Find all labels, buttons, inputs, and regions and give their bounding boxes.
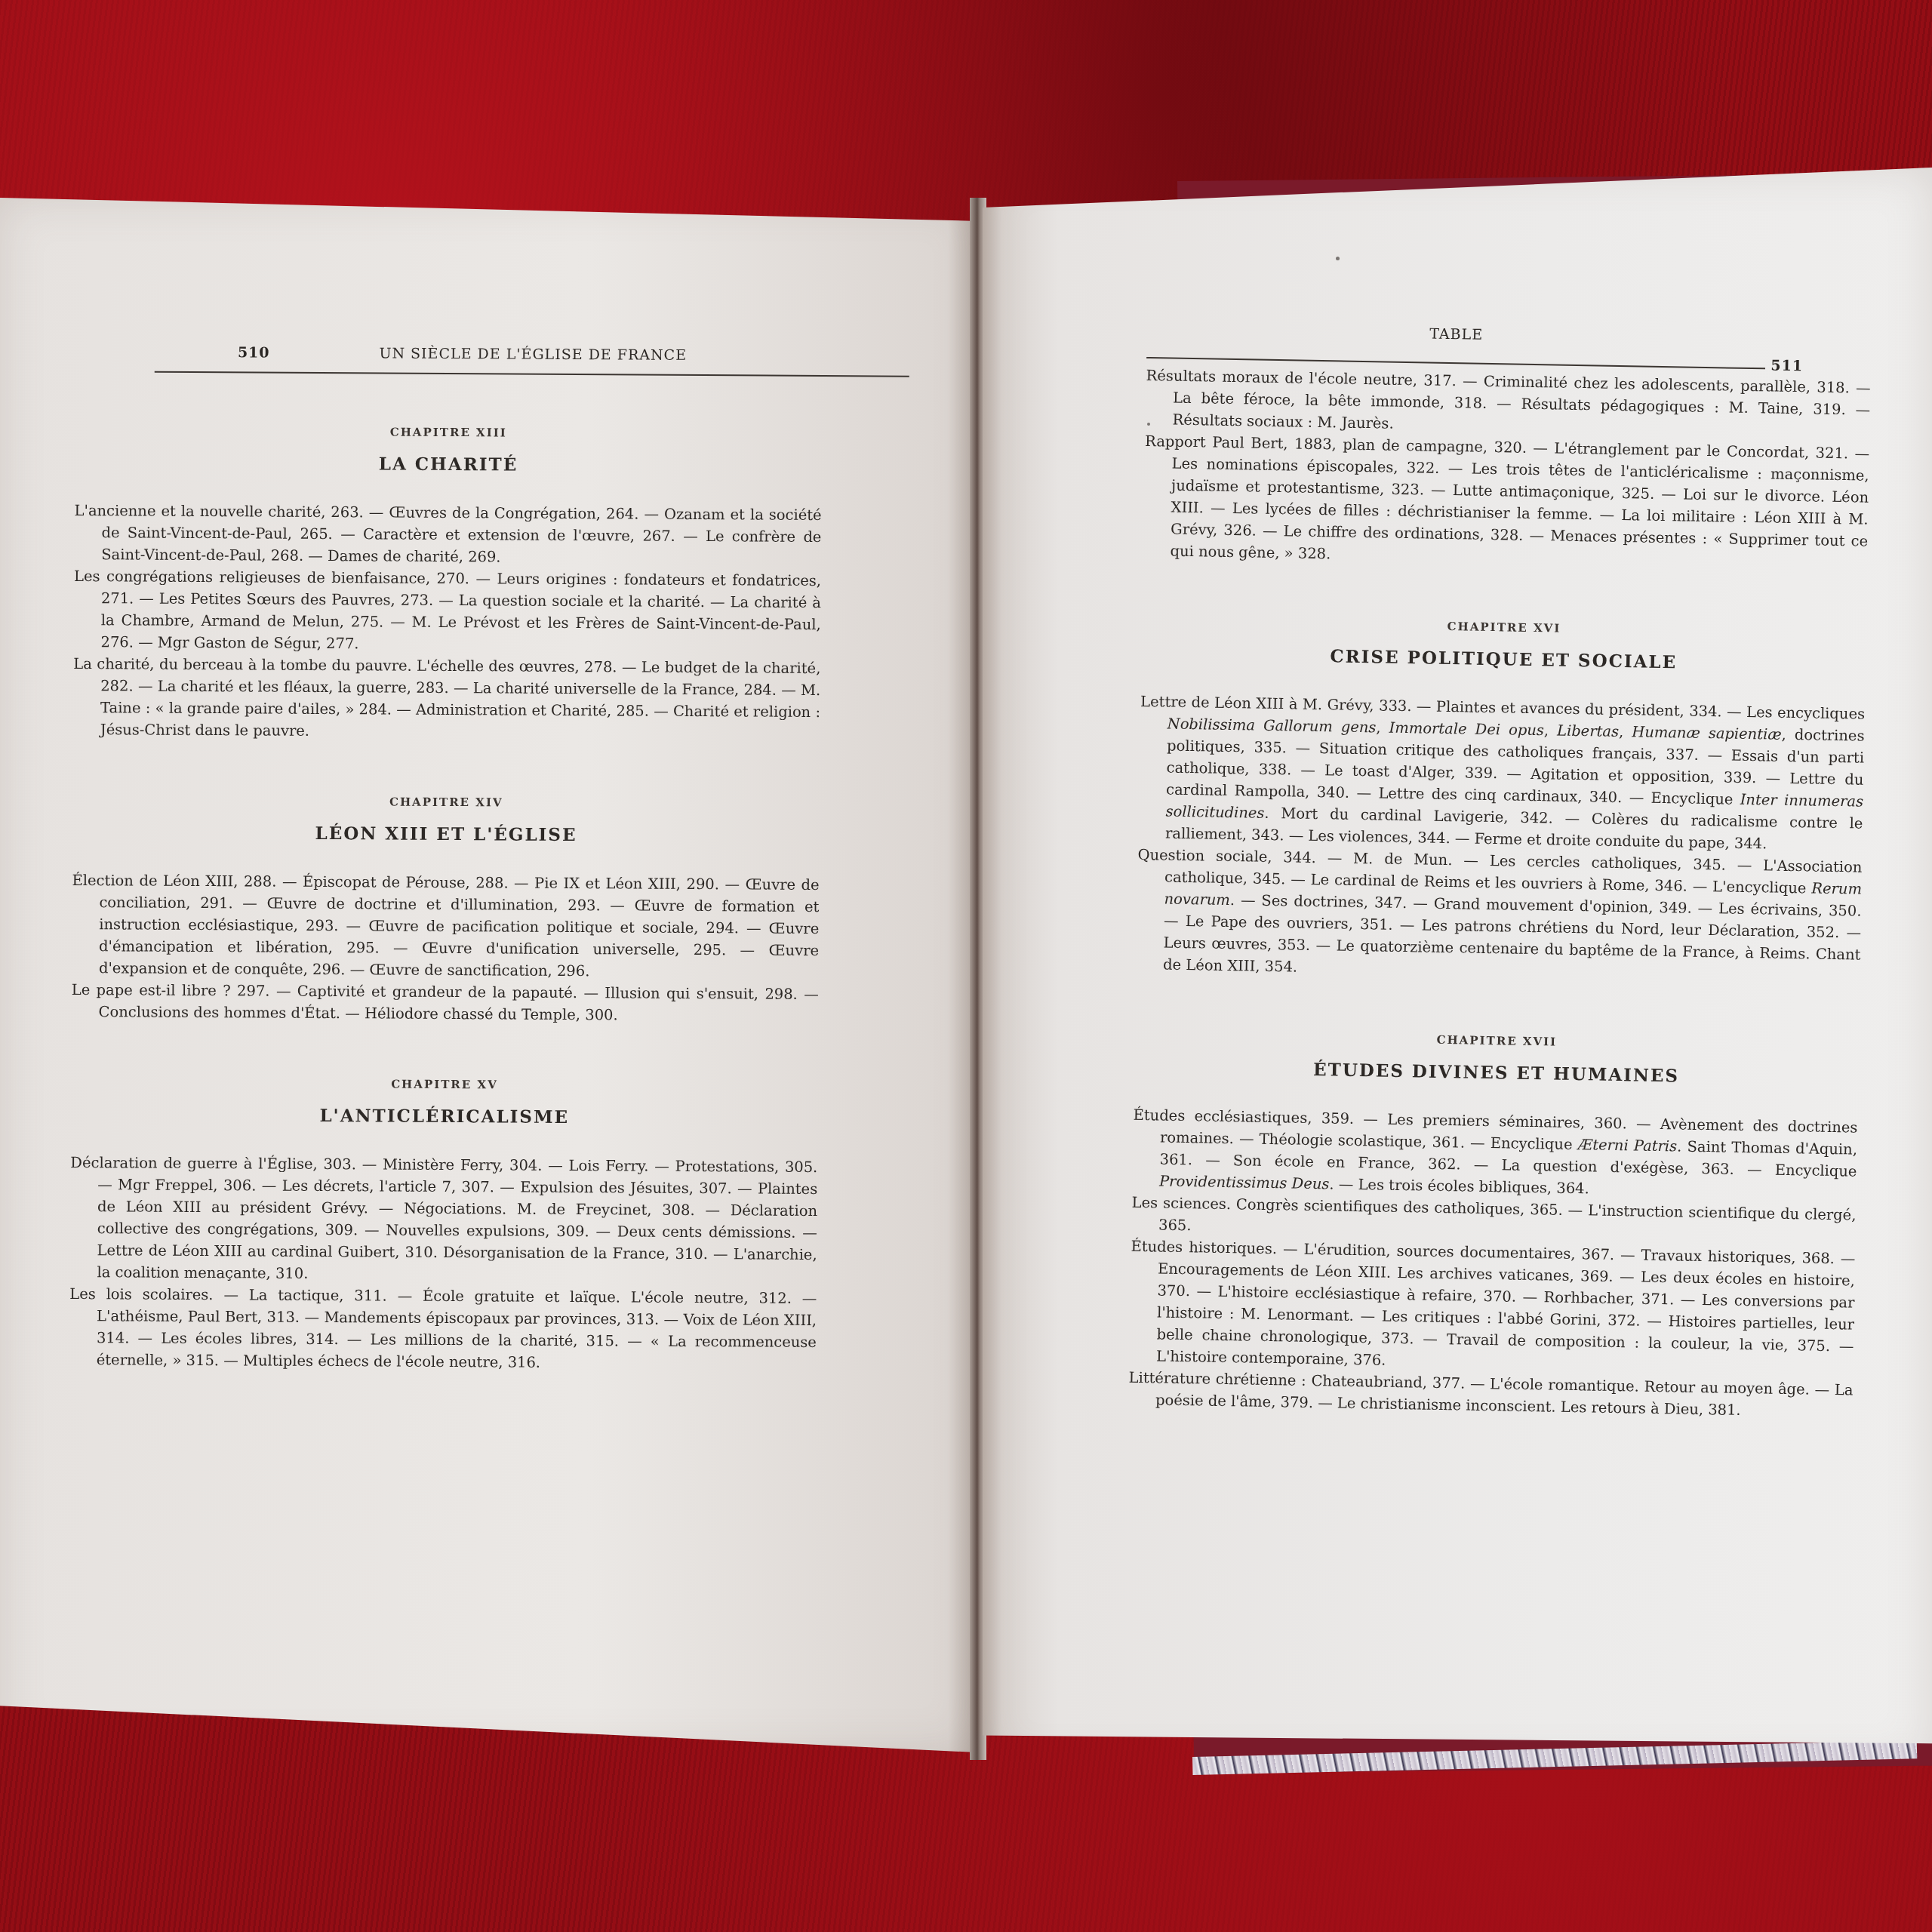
toc-paragraph: Résultats moraux de l'école neutre, 317.…: [1145, 365, 1870, 443]
toc-paragraph: Études historiques. — L'érudition, sourc…: [1129, 1235, 1856, 1380]
chapter-xvii: CHAPITRE XVII ÉTUDES DIVINES ET HUMAINES…: [1128, 1028, 1860, 1423]
chapter-label: CHAPITRE XVII: [1134, 1028, 1859, 1054]
left-page-text: 510 UN SIÈCLE DE L'ÉGLISE DE FRANCE CHAP…: [69, 343, 823, 1375]
toc-paragraph: Les congrégations religieuses de bienfai…: [73, 565, 821, 657]
chapter-title: CRISE POLITIQUE ET SOCIALE: [1141, 643, 1866, 676]
chapter-title: LÉON XIII ET L'ÉGLISE: [72, 822, 820, 847]
chapter-xiv: CHAPITRE XIV LÉON XIII ET L'ÉGLISE Élect…: [72, 793, 820, 1027]
chapter-xv-continuation: Résultats moraux de l'école neutre, 317.…: [1143, 365, 1870, 574]
toc-paragraph: Élection de Léon XIII, 288. — Épiscopat …: [72, 869, 820, 983]
toc-paragraph: Le pape est-il libre ? 297. — Captivité …: [72, 979, 819, 1027]
ink-speck: [1336, 257, 1340, 260]
chapter-label: CHAPITRE XVI: [1142, 614, 1866, 641]
chapter-label: CHAPITRE XIII: [75, 423, 822, 441]
chapter-label: CHAPITRE XV: [71, 1075, 818, 1094]
chapter-xvi: CHAPITRE XVI CRISE POLITIQUE ET SOCIALE …: [1136, 614, 1866, 988]
chapter-title: LA CHARITÉ: [75, 452, 822, 477]
toc-paragraph: Lettre de Léon XIII à M. Grévy, 333. — P…: [1138, 691, 1865, 857]
chapter-title: ÉTUDES DIVINES ET HUMAINES: [1134, 1057, 1859, 1090]
toc-paragraph: Rapport Paul Bert, 1883, plan de campagn…: [1143, 430, 1869, 574]
chapter-label: CHAPITRE XIV: [72, 793, 820, 811]
chapter-title: L'ANTICLÉRICALISME: [71, 1104, 818, 1129]
toc-paragraph: L'ancienne et la nouvelle charité, 263. …: [74, 500, 822, 570]
left-page-number: 510: [238, 344, 270, 361]
right-page-text: TABLE 511 Résultats moraux de l'école ne…: [1128, 321, 1872, 1423]
toc-paragraph: Les lois scolaires. — La tactique, 311. …: [69, 1283, 817, 1375]
toc-paragraph: Question sociale, 344. — M. de Mun. — Le…: [1136, 844, 1863, 988]
chapter-xiii: CHAPITRE XIII LA CHARITÉ L'ancienne et l…: [73, 423, 823, 745]
right-page-number: 511: [1770, 357, 1803, 374]
toc-paragraph: Études ecclésiastiques, 359. — Les premi…: [1132, 1104, 1858, 1204]
chapter-xv: CHAPITRE XV L'ANTICLÉRICALISME Déclarati…: [69, 1075, 818, 1375]
toc-paragraph: Déclaration de guerre à l'Église, 303. —…: [69, 1152, 817, 1287]
left-running-head: 510 UN SIÈCLE DE L'ÉGLISE DE FRANCE: [155, 344, 909, 377]
toc-paragraph: La charité, du berceau à la tombe du pau…: [73, 653, 821, 745]
left-running-title: UN SIÈCLE DE L'ÉGLISE DE FRANCE: [270, 345, 902, 365]
